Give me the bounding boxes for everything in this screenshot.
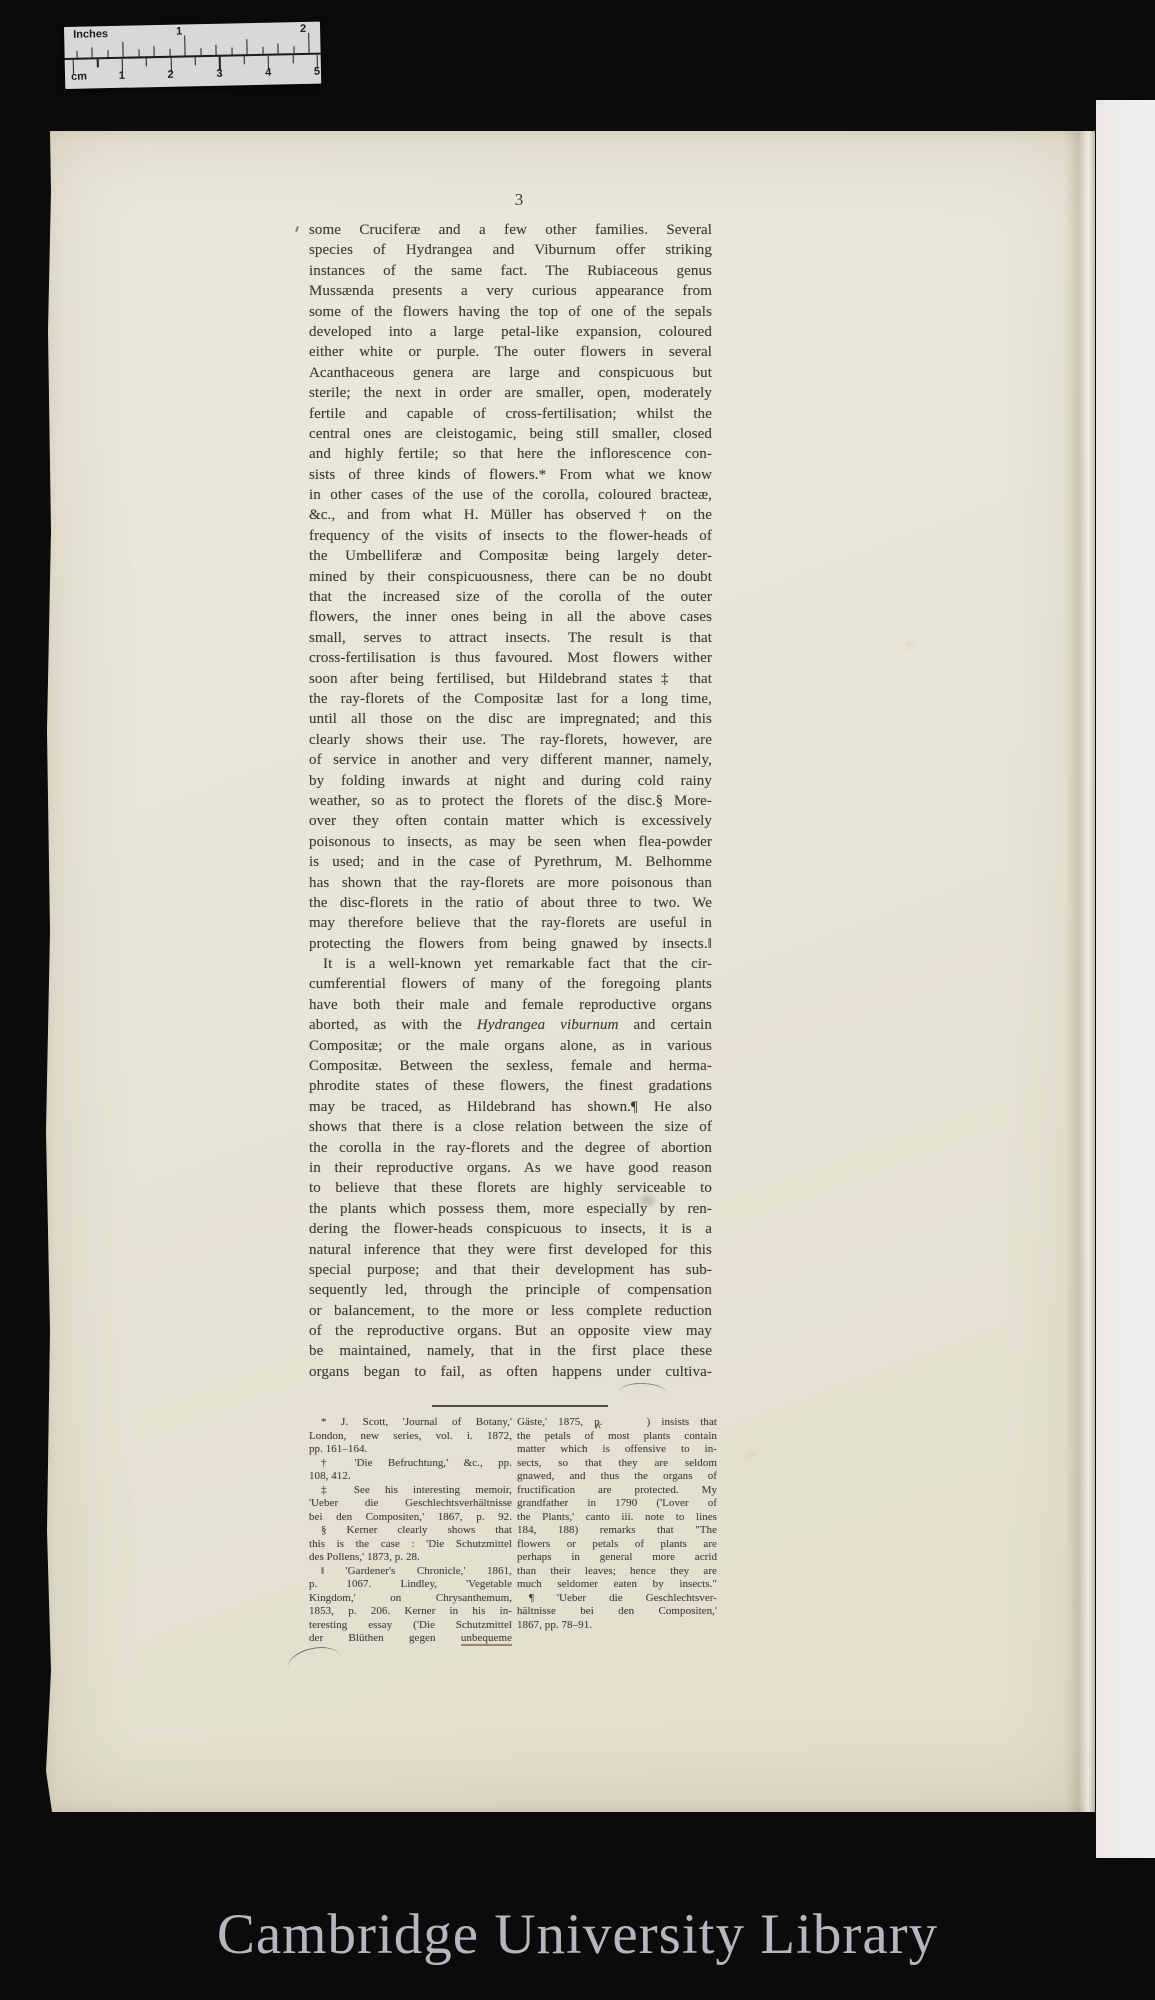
text-line: instances of the same fact. The Rubiaceo… <box>309 261 712 281</box>
text-line: has shown that the ray-florets are more … <box>309 873 712 893</box>
text-line: to believe that these florets are highly… <box>309 1178 712 1198</box>
text-line: the disc-florets in the ratio of about t… <box>309 893 712 913</box>
scale-ruler: Inches cm 1212345 <box>64 22 321 89</box>
text-line: natural inference that they were first d… <box>309 1240 712 1260</box>
footnote-line: this is the case : 'Die Schutzmittel <box>309 1538 512 1552</box>
footnote-line: perhaps in general more acrid <box>517 1551 717 1565</box>
text-line: over they often contain matter which is … <box>309 811 712 831</box>
footnote-line: the petals of most plants contain <box>517 1430 717 1444</box>
text-line: aborted, as with the Hydrangea viburnum … <box>309 1015 712 1035</box>
text-line: soon after being fertilised, but Hildebr… <box>309 669 712 689</box>
ruler-tick <box>138 49 139 56</box>
ruler-tick <box>200 48 201 55</box>
ruler-tick <box>308 33 310 53</box>
text-line: by folding inwards at night and during c… <box>309 771 712 791</box>
foxing-spot <box>906 641 914 648</box>
ruler-tick <box>122 42 124 57</box>
text-line: the corolla in the ray-florets and the d… <box>309 1138 712 1158</box>
text-line: dering the flower-heads conspicuous to i… <box>309 1219 712 1239</box>
text-line: phrodite states of these flowers, the fi… <box>309 1076 712 1096</box>
footnote-line: London, new series, vol. i. 1872, <box>309 1430 512 1444</box>
footnote-line: ‡ See his interesting memoir, <box>309 1484 512 1498</box>
text-line: protecting the flowers from being gnawed… <box>309 934 712 954</box>
text-line: poisonous to insects, as may be seen whe… <box>309 832 712 852</box>
footnote-line: flowers or petals of plants are <box>517 1538 717 1552</box>
text-line: frequency of the visits of insects to th… <box>309 526 712 546</box>
footnote-line: much seldomer eaten by insects." <box>517 1578 717 1592</box>
text-line: some of the flowers having the top of on… <box>309 302 712 322</box>
text-line: weather, so as to protect the florets of… <box>309 791 712 811</box>
text-line: fertile and capable of cross-fertilisati… <box>309 404 712 424</box>
text-line: flowers, the inner ones being in all the… <box>309 607 712 627</box>
text-line: sists of three kinds of flowers.* From w… <box>309 465 712 485</box>
text-line: of the reproductive organs. But an oppos… <box>309 1321 712 1341</box>
footnote-line: der Blüthen gegen unbequeme <box>309 1632 512 1646</box>
text-line: clearly shows their use. The ray-florets… <box>309 730 712 750</box>
text-line: &c., and from what H. Müller has observe… <box>309 505 712 525</box>
text-line: be maintained, namely, that in the first… <box>309 1341 712 1361</box>
ruler-cm-number: 2 <box>167 69 173 81</box>
footnote-line: Kingdom,' on Chrysanthemum, <box>309 1592 512 1606</box>
text-line: cross-fertilisation is thus favoured. Mo… <box>309 648 712 668</box>
ruler-tick <box>97 59 98 67</box>
footnote-line: grandfather in 1790 ('Lover of <box>517 1497 717 1511</box>
text-line: have both their male and female reproduc… <box>309 995 712 1015</box>
ruler-tick <box>292 55 293 63</box>
text-line: species of Hydrangea and Viburnum offer … <box>309 240 712 260</box>
text-line: Compositæ; or the male organs alone, as … <box>309 1036 712 1056</box>
text-line: of service in another and very different… <box>309 750 712 770</box>
text-line: small, serves to attract insects. The re… <box>309 628 712 648</box>
text-line: and highly fertile; so that here the inf… <box>309 444 712 464</box>
ruler-cm-number: 4 <box>265 67 271 79</box>
footnote-line: p. 1067. Lindley, 'Vegetable <box>309 1578 512 1592</box>
text-line: may therefore believe that the ray-flore… <box>309 913 712 933</box>
ruler-tick <box>91 47 93 57</box>
page-number: 3 <box>508 190 530 210</box>
text-line: special purpose; and that their developm… <box>309 1260 712 1280</box>
text-line: that the increased size of the corolla o… <box>309 587 712 607</box>
ruler-inches-label: Inches <box>73 28 108 41</box>
text-line: central ones are cleistogamic, being sti… <box>309 424 712 444</box>
footnotes-left-column: * J. Scott, 'Journal of Botany,'London, … <box>309 1416 512 1646</box>
footnote-line: § Kerner clearly shows that <box>309 1524 512 1538</box>
footnote-line: ‖ 'Gardener's Chronicle,' 1861, <box>309 1565 512 1579</box>
ruler-tick <box>73 59 75 73</box>
ruler-tick <box>231 47 232 54</box>
footnote-line: pp. 161–164. <box>309 1443 512 1457</box>
ruler-cm-number: 3 <box>216 68 222 80</box>
text-line: Acanthaceous genera are large and conspi… <box>309 363 712 383</box>
footnote-line: 1853, p. 206. Kerner in his in- <box>309 1605 512 1619</box>
footnote-line: 1867, pp. 78–91. <box>517 1619 717 1633</box>
text-line: It is a well-known yet remarkable fact t… <box>309 954 712 974</box>
text-line: Compositæ. Between the sexless, female a… <box>309 1056 712 1076</box>
text-line: may be traced, as Hildebrand has shown.¶… <box>309 1097 712 1117</box>
scanned-page-background: 3 some Cruciferæ and a few other familie… <box>0 0 1155 2000</box>
footnote-line: bei den Compositen,' 1867, p. 92. <box>309 1511 512 1525</box>
footnote-line: the Plants,' canto iii. note to lines <box>517 1511 717 1525</box>
text-line: until all those on the disc are impregna… <box>309 709 712 729</box>
footnote-line: hältnisse bei den Compositen,' <box>517 1605 717 1619</box>
ruler-tick <box>169 49 170 56</box>
text-line: the ray-florets of the Compositæ last fo… <box>309 689 712 709</box>
ruler-tick <box>184 35 186 55</box>
text-line: is used; and in the case of Pyrethrum, M… <box>309 852 712 872</box>
pencil-caret-mark: ∧ <box>594 1420 602 1430</box>
ruler-tick <box>246 39 248 54</box>
text-line: the Umbelliferæ and Compositæ being larg… <box>309 546 712 566</box>
footnotes-right-column: Gäste,' 1875, p. ) insists thatthe petal… <box>517 1416 717 1632</box>
footnote-line: des Pollens,' 1873, p. 28. <box>309 1551 512 1565</box>
ruler-tick <box>107 50 108 57</box>
text-line: in other cases of the use of the corolla… <box>309 485 712 505</box>
text-line: sterile; the next in order are smaller, … <box>309 383 712 403</box>
ruler-tick <box>195 57 196 65</box>
ruler-tick <box>215 45 217 55</box>
text-line: either white or purple. The outer flower… <box>309 342 712 362</box>
text-line: the plants which possess them, more espe… <box>309 1199 712 1219</box>
foxing-spot <box>746 1451 755 1458</box>
ruler-divider-line <box>65 53 321 60</box>
main-text-block: some Cruciferæ and a few other families.… <box>309 220 712 1382</box>
footnote-line: 'Ueber die Geschlechtsverhältnisse <box>309 1497 512 1511</box>
page-fold-edge <box>1065 131 1095 1812</box>
text-line: or balancement, to the more or less comp… <box>309 1301 712 1321</box>
facing-page-edge <box>1096 100 1155 1858</box>
text-line: developed into a large petal-like expans… <box>309 322 712 342</box>
footnote-separator-rule <box>432 1405 608 1407</box>
text-line: cumferential flowers of many of the fore… <box>309 974 712 994</box>
footnote-line: matter which is offensive to in- <box>517 1443 717 1457</box>
ruler-tick <box>76 51 77 58</box>
text-line: mined by their conspicuousness, there ca… <box>309 567 712 587</box>
ruler-tick <box>262 47 263 54</box>
ruler-inch-number: 2 <box>300 23 306 35</box>
ruler-tick <box>277 44 279 54</box>
footnote-line: * J. Scott, 'Journal of Botany,' <box>309 1416 512 1430</box>
text-line: sequently led, through the principle of … <box>309 1280 712 1300</box>
footnote-line: Gäste,' 1875, p. ) insists that <box>517 1416 717 1430</box>
footnote-line: fructification are protected. My <box>517 1484 717 1498</box>
ruler-tick <box>146 58 147 66</box>
ruler-tick <box>243 56 244 64</box>
footnote-line: than their leaves; hence they are <box>517 1565 717 1579</box>
text-line: Mussænda presents a very curious appeara… <box>309 281 712 301</box>
ruler-cm-number: 1 <box>119 70 125 82</box>
footnote-line: 184, 188) remarks that "The <box>517 1524 717 1538</box>
footnote-line: ¶ 'Ueber die Geschlechtsver- <box>517 1592 717 1606</box>
ruler-tick <box>293 46 294 53</box>
library-banner: Cambridge University Library <box>0 1902 1155 1967</box>
footnote-line: teresting essay ('Die Schutzmittel <box>309 1619 512 1633</box>
footnote-line: sects, so that they are seldom <box>517 1457 717 1471</box>
text-line: some Cruciferæ and a few other families.… <box>309 220 712 240</box>
text-line: shows that there is a close relation bet… <box>309 1117 712 1137</box>
ruler-tick <box>153 46 155 56</box>
text-line: in their reproductive organs. As we have… <box>309 1158 712 1178</box>
footnote-line: gnawed, and thus the organs of <box>517 1470 717 1484</box>
ruler-inch-number: 1 <box>176 26 182 38</box>
ruler-cm-number: 5 <box>314 66 320 78</box>
footnote-line: † 'Die Befruchtung,' &c., pp. <box>309 1457 512 1471</box>
footnote-line: 108, 412. <box>309 1470 512 1484</box>
text-line: organs began to fail, as often happens u… <box>309 1362 712 1382</box>
